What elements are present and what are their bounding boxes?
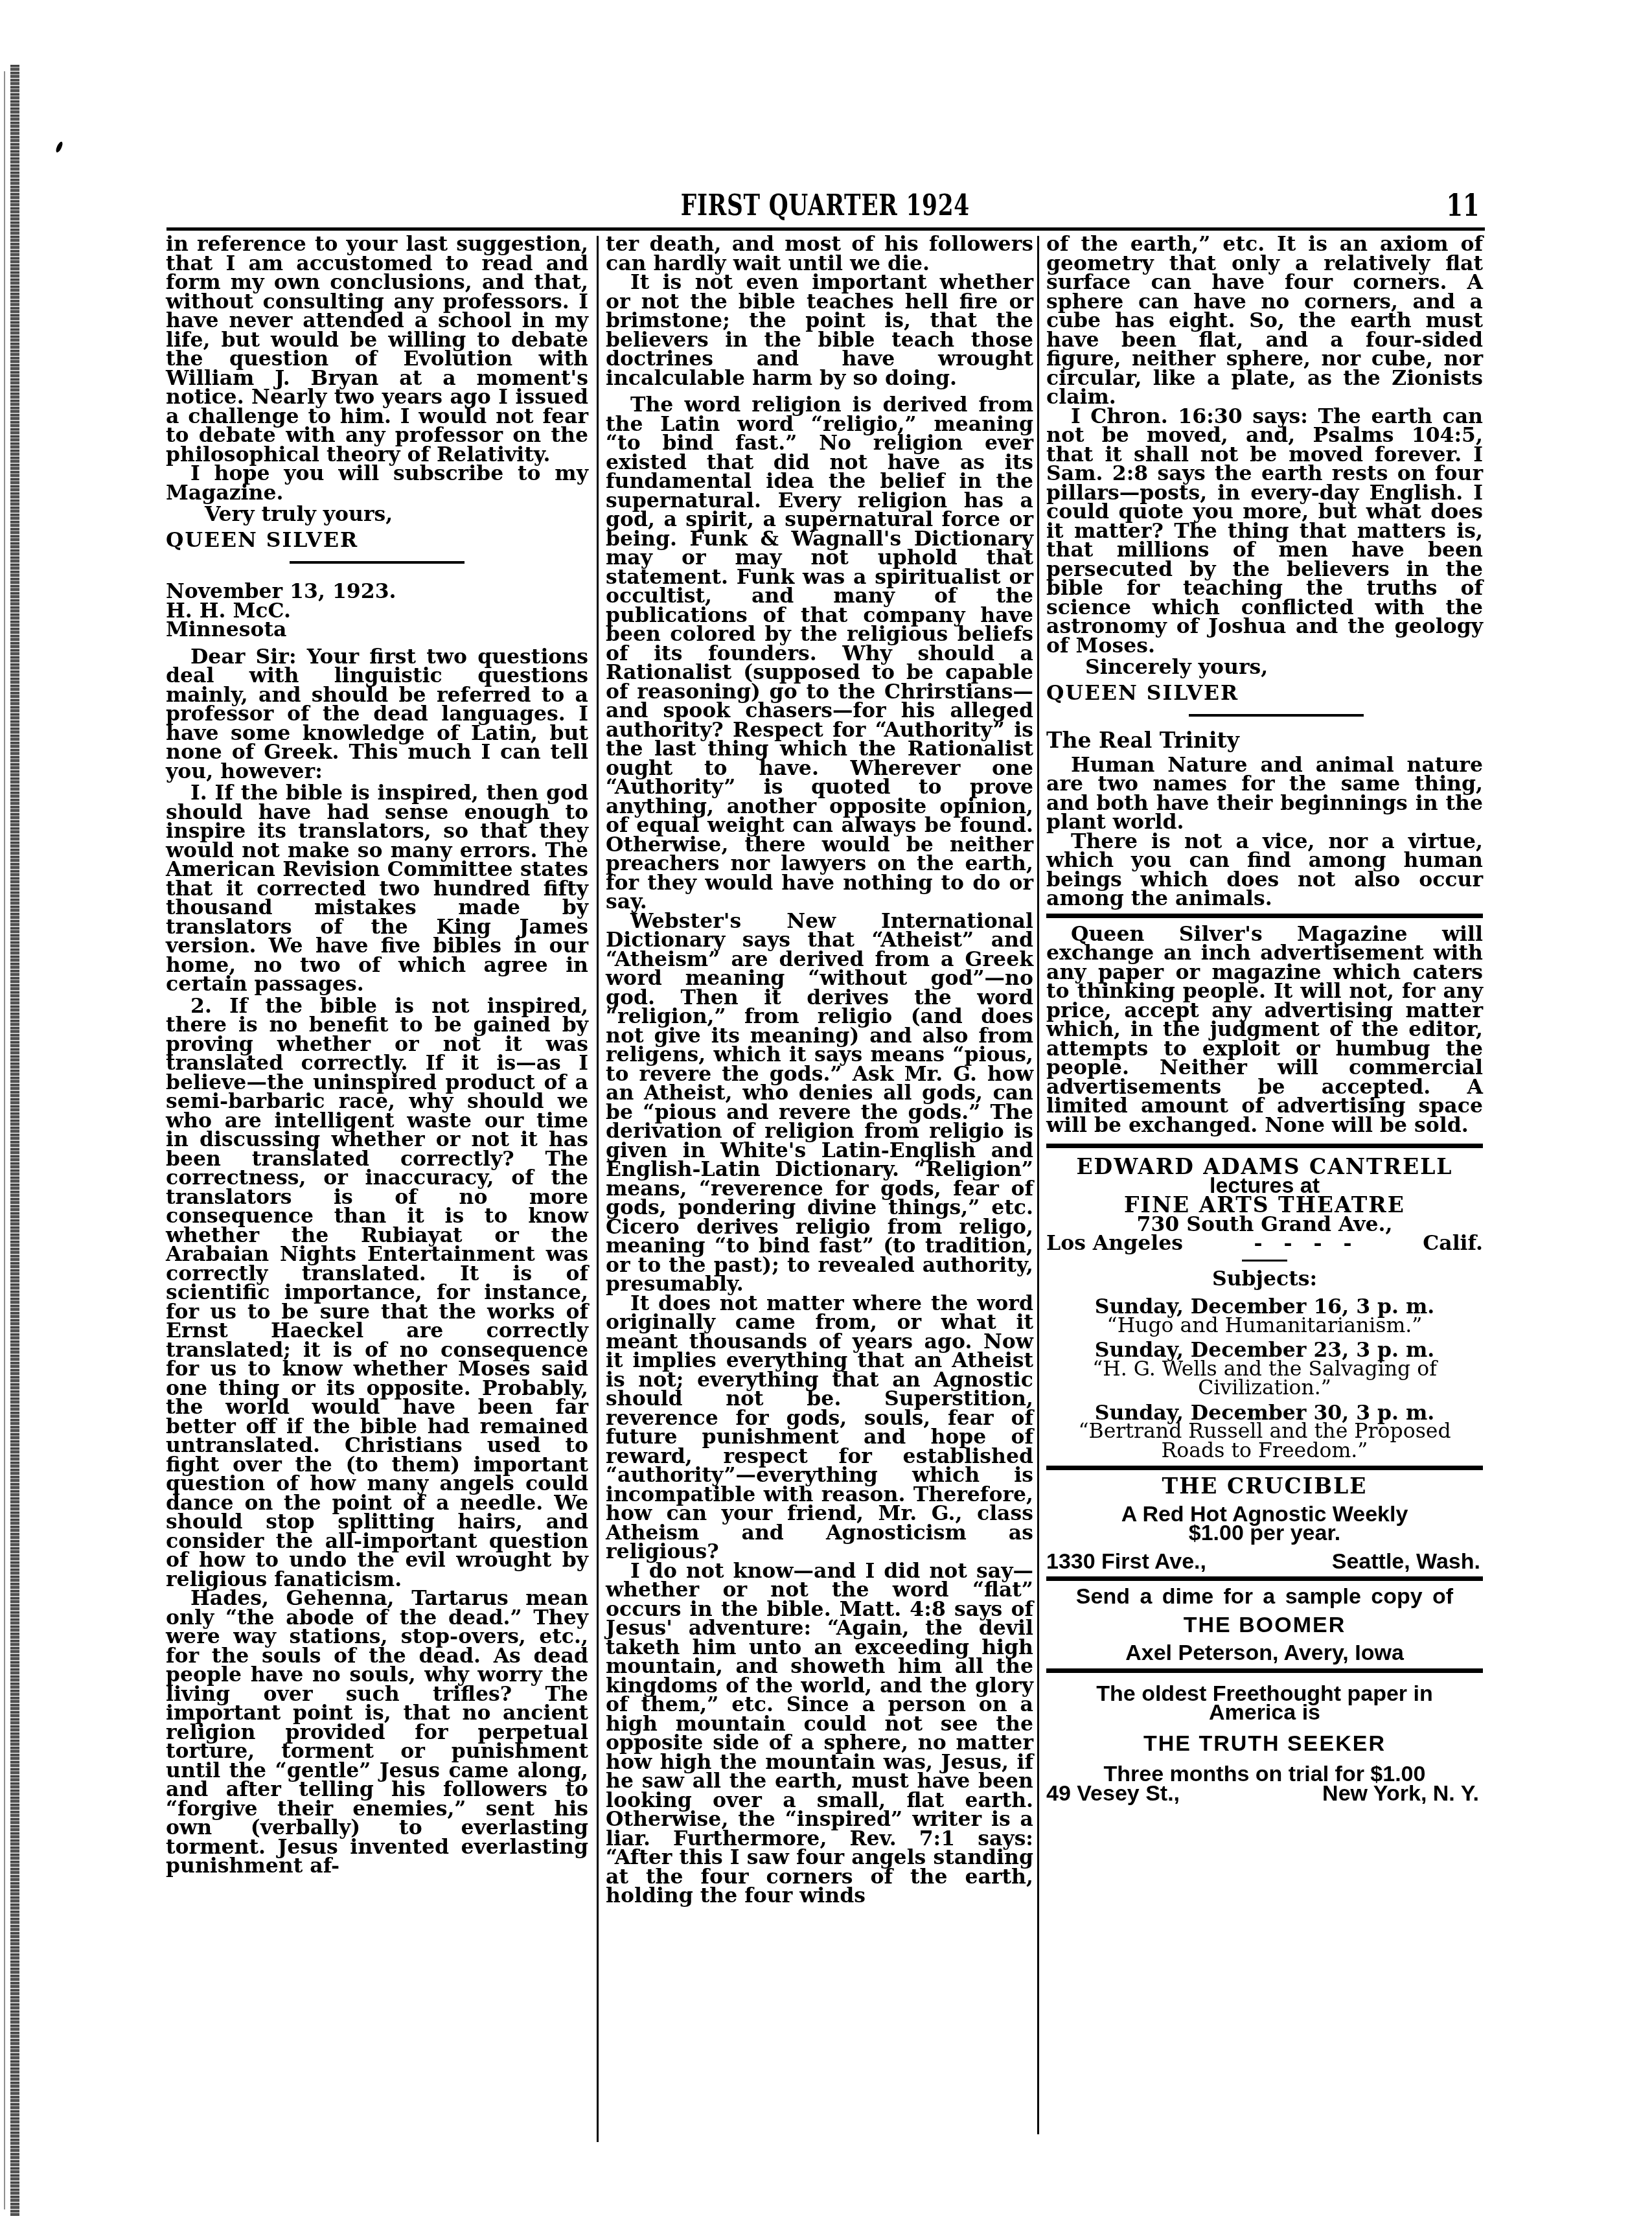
truth-seeker-advertisement: The oldest Freethought paper in America … xyxy=(1046,1685,1483,1804)
crucible-address: 1330 First Ave., xyxy=(1046,1552,1206,1572)
letter2-paragraph: Dear Sir: Your first two questions deal … xyxy=(166,647,588,781)
section-thick-rule xyxy=(1046,914,1483,918)
running-header-title: FIRST QUARTER 1924 xyxy=(181,189,1469,222)
letter-signature: QUEEN SILVER xyxy=(1046,684,1483,703)
truth-seeker-address-row: 49 Vesey St., New York, N. Y. xyxy=(1046,1784,1483,1804)
letter2-paragraph: I. If the bible is inspired, then god sh… xyxy=(166,783,588,994)
letter1-signature: QUEEN SILVER xyxy=(166,531,588,550)
cantrell-city: Los Angeles xyxy=(1046,1234,1183,1253)
section-separator-rule xyxy=(1189,714,1364,717)
real-trinity-paragraph: Human Nature and animal nature are two n… xyxy=(1046,755,1483,832)
body-paragraph: It is not even important whether or not … xyxy=(606,273,1033,387)
cantrell-divider xyxy=(1242,1260,1287,1262)
section-thick-rule xyxy=(1046,1144,1483,1148)
section-thick-rule xyxy=(1046,1576,1483,1581)
real-trinity-title: The Real Trinity xyxy=(1046,731,1483,750)
scan-border-line xyxy=(4,71,5,2209)
body-paragraph: Webster's New International Dictionary s… xyxy=(606,912,1033,1294)
boomer-advertisement: Send a dime for a sample copy of THE BOO… xyxy=(1046,1587,1483,1663)
truth-seeker-city: New York, N. Y. xyxy=(1322,1784,1483,1804)
boomer-name: THE BOOMER xyxy=(1046,1616,1483,1635)
letter2-recipient-place: Minnesota xyxy=(166,620,588,640)
ink-speck xyxy=(55,141,64,153)
body-paragraph: The word religion is derived from the La… xyxy=(606,395,1033,912)
page-number: 11 xyxy=(1446,188,1479,223)
truth-seeker-address: 49 Vesey St., xyxy=(1046,1784,1180,1804)
crucible-advertisement: THE CRUCIBLE A Red Hot Agnostic Weekly $… xyxy=(1046,1477,1483,1571)
column-1: in reference to your last suggestion, th… xyxy=(166,235,588,1876)
real-trinity-article: The Real Trinity Human Nature and animal… xyxy=(1046,731,1483,908)
exchange-notice: Queen Silver's Magazine will exchange an… xyxy=(1046,925,1483,1135)
letter1-closing: Very truly yours, xyxy=(166,505,588,524)
crucible-address-row: 1330 First Ave., Seattle, Wash. xyxy=(1046,1552,1483,1572)
section-thick-rule xyxy=(1046,1668,1483,1673)
letter1-paragraph: I hope you will subscribe to my Magazine… xyxy=(166,464,588,502)
scan-border xyxy=(10,65,19,2216)
cantrell-city-row: Los Angeles - - - - Calif. xyxy=(1046,1234,1483,1253)
letter2-paragraph: Hades, Gehenna, Tartarus mean only “the … xyxy=(166,1589,588,1876)
boomer-line: Send a dime for a sample copy of xyxy=(1046,1587,1483,1607)
truth-seeker-line: The oldest Freethought paper in America … xyxy=(1046,1685,1483,1723)
crucible-city: Seattle, Wash. xyxy=(1332,1552,1483,1572)
column-divider-2 xyxy=(1037,236,1039,2134)
header-rule xyxy=(166,227,1485,231)
crucible-name: THE CRUCIBLE xyxy=(1046,1477,1483,1496)
body-paragraph: I do not know—and I did not say—whether … xyxy=(606,1562,1033,1906)
lecture-title: “Bertrand Russell and the Proposed Roads… xyxy=(1046,1422,1483,1460)
crucible-price: $1.00 per year. xyxy=(1046,1524,1483,1543)
body-paragraph: It does not matter where the word origin… xyxy=(606,1294,1033,1562)
letter2-paragraph: 2. If the bible is not inspired, there i… xyxy=(166,997,588,1589)
cantrell-advertisement: EDWARD ADAMS CANTRELL lectures at FINE A… xyxy=(1046,1157,1483,1460)
body-paragraph: ter death, and most of his followers can… xyxy=(606,235,1033,273)
column-3: of the earth,” etc. It is an axiom of ge… xyxy=(1046,235,1483,1803)
letter-closing: Sincerely yours, xyxy=(1046,658,1483,677)
cantrell-dashes: - - - - xyxy=(1254,1234,1352,1253)
lecture-title: “Hugo and Humanitarianism.” xyxy=(1046,1317,1483,1336)
cantrell-subjects-label: Subjects: xyxy=(1046,1269,1483,1289)
truth-seeker-name: THE TRUTH SEEKER xyxy=(1046,1735,1483,1754)
boomer-address: Axel Peterson, Avery, Iowa xyxy=(1046,1644,1483,1663)
section-thick-rule xyxy=(1046,1466,1483,1470)
letter-paragraph: I Chron. 16:30 says: The earth can not b… xyxy=(1046,407,1483,656)
lecture-title: “H. G. Wells and the Salvaging of Civili… xyxy=(1046,1360,1483,1398)
cantrell-state: Calif. xyxy=(1423,1234,1483,1253)
letter1-paragraph: in reference to your last suggestion, th… xyxy=(166,235,588,464)
letter-separator-rule xyxy=(290,561,465,564)
real-trinity-paragraph: There is not a vice, nor a virtue, which… xyxy=(1046,832,1483,908)
column-2: ter death, and most of his followers can… xyxy=(606,235,1033,1906)
letter-paragraph: of the earth,” etc. It is an axiom of ge… xyxy=(1046,235,1483,407)
column-divider-1 xyxy=(597,236,599,2142)
